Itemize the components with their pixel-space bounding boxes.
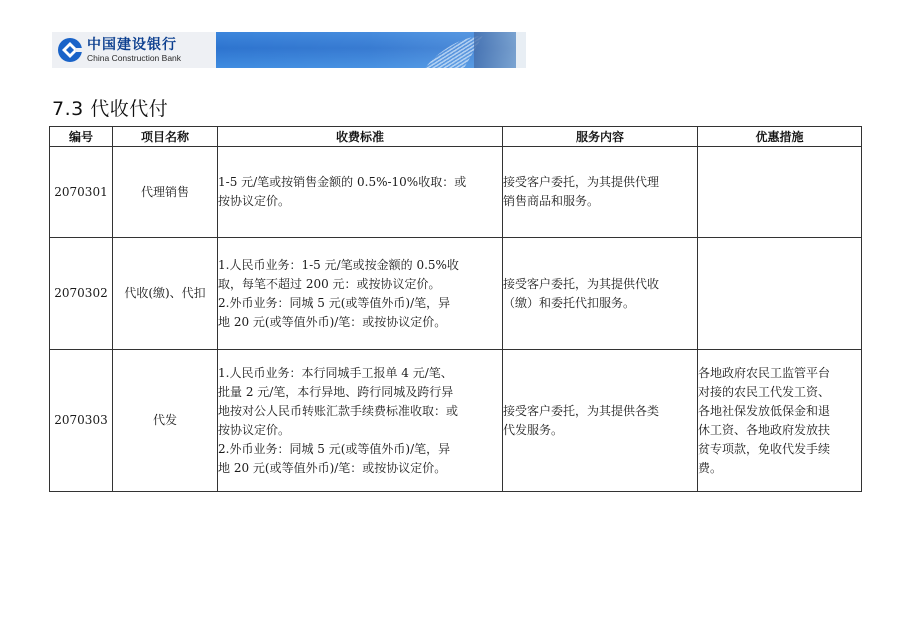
service-content: 接受客户委托，为其提供代理 销售商品和服务。 xyxy=(503,147,698,238)
item-code: 2070302 xyxy=(50,238,113,350)
text-line: 按协议定价。 xyxy=(218,192,502,211)
discount-measures: 各地政府农民工监管平台 对接的农民工代发工资、 各地社保发放低保金和退 休工资、… xyxy=(698,350,862,492)
bank-banner: 中国建设银行 China Construction Bank xyxy=(52,32,526,68)
table-header-row: 编号 项目名称 收费标准 服务内容 优惠措施 xyxy=(50,127,862,147)
text-line: 费。 xyxy=(698,459,861,478)
text-line: 接受客户委托，为其提供各类 xyxy=(503,402,697,421)
text-line: 对接的农民工代发工资、 xyxy=(698,383,861,402)
discount-measures xyxy=(698,147,862,238)
text-line: 地 20 元(或等值外币)/笔：或按协议定价。 xyxy=(218,313,502,332)
item-code: 2070303 xyxy=(50,350,113,492)
text-line: 接受客户委托，为其提供代理 xyxy=(503,173,697,192)
text-line: 地 20 元(或等值外币)/笔：或按协议定价。 xyxy=(218,459,502,478)
fee-standard: 1.人民币业务：1-5 元/笔或按金额的 0.5%收 取，每笔不超过 200 元… xyxy=(218,238,503,350)
service-content: 接受客户委托，为其提供各类 代发服务。 xyxy=(503,350,698,492)
text-line: 代发服务。 xyxy=(503,421,697,440)
column-header-fee-standard: 收费标准 xyxy=(218,127,503,147)
text-line: 销售商品和服务。 xyxy=(503,192,697,211)
ccb-logo-icon xyxy=(57,37,83,63)
logo-english-name: China Construction Bank xyxy=(87,54,181,63)
text-line: 各地政府农民工监管平台 xyxy=(698,364,861,383)
text-line: 1.人民币业务：本行同城手工报单 4 元/笔、 xyxy=(218,364,502,383)
text-line: （缴）和委托代扣服务。 xyxy=(503,294,697,313)
fee-standard: 1.人民币业务：本行同城手工报单 4 元/笔、 批量 2 元/笔，本行异地、跨行… xyxy=(218,350,503,492)
text-line: 1-5 元/笔或按销售金额的 0.5%-10%收取：或 xyxy=(218,173,502,192)
section-title: 7.3 代收代付 xyxy=(52,94,168,121)
fee-standard: 1-5 元/笔或按销售金额的 0.5%-10%收取：或 按协议定价。 xyxy=(218,147,503,238)
bank-logo: 中国建设银行 China Construction Bank xyxy=(52,32,216,68)
text-line: 各地社保发放低保金和退 xyxy=(698,402,861,421)
table-row: 2070302 代收(缴)、代扣 1.人民币业务：1-5 元/笔或按金额的 0.… xyxy=(50,238,862,350)
item-name: 代收(缴)、代扣 xyxy=(113,238,218,350)
table-row: 2070303 代发 1.人民币业务：本行同城手工报单 4 元/笔、 批量 2 … xyxy=(50,350,862,492)
table-row: 2070301 代理销售 1-5 元/笔或按销售金额的 0.5%-10%收取：或… xyxy=(50,147,862,238)
column-header-service: 服务内容 xyxy=(503,127,698,147)
item-code: 2070301 xyxy=(50,147,113,238)
text-line: 1.人民币业务：1-5 元/笔或按金额的 0.5%收 xyxy=(218,256,502,275)
item-name: 代发 xyxy=(113,350,218,492)
column-header-discount: 优惠措施 xyxy=(698,127,862,147)
text-line: 按协议定价。 xyxy=(218,421,502,440)
text-line: 接受客户委托，为其提供代收 xyxy=(503,275,697,294)
text-line: 贫专项款，免收代发手续 xyxy=(698,440,861,459)
text-line: 休工资、各地政府发放扶 xyxy=(698,421,861,440)
item-name: 代理销售 xyxy=(113,147,218,238)
fee-table: 编号 项目名称 收费标准 服务内容 优惠措施 2070301 代理销售 1-5 … xyxy=(49,126,862,492)
logo-chinese-name: 中国建设银行 xyxy=(87,38,181,52)
text-line: 地按对公人民币转账汇款手续费标准收取：或 xyxy=(218,402,502,421)
banner-building-image xyxy=(216,32,526,68)
text-line: 批量 2 元/笔，本行异地、跨行同城及跨行异 xyxy=(218,383,502,402)
text-line: 2.外币业务：同城 5 元(或等值外币)/笔，异 xyxy=(218,440,502,459)
column-header-name: 项目名称 xyxy=(113,127,218,147)
service-content: 接受客户委托，为其提供代收 （缴）和委托代扣服务。 xyxy=(503,238,698,350)
text-line: 取，每笔不超过 200 元：或按协议定价。 xyxy=(218,275,502,294)
discount-measures xyxy=(698,238,862,350)
text-line: 2.外币业务：同城 5 元(或等值外币)/笔，异 xyxy=(218,294,502,313)
column-header-code: 编号 xyxy=(50,127,113,147)
